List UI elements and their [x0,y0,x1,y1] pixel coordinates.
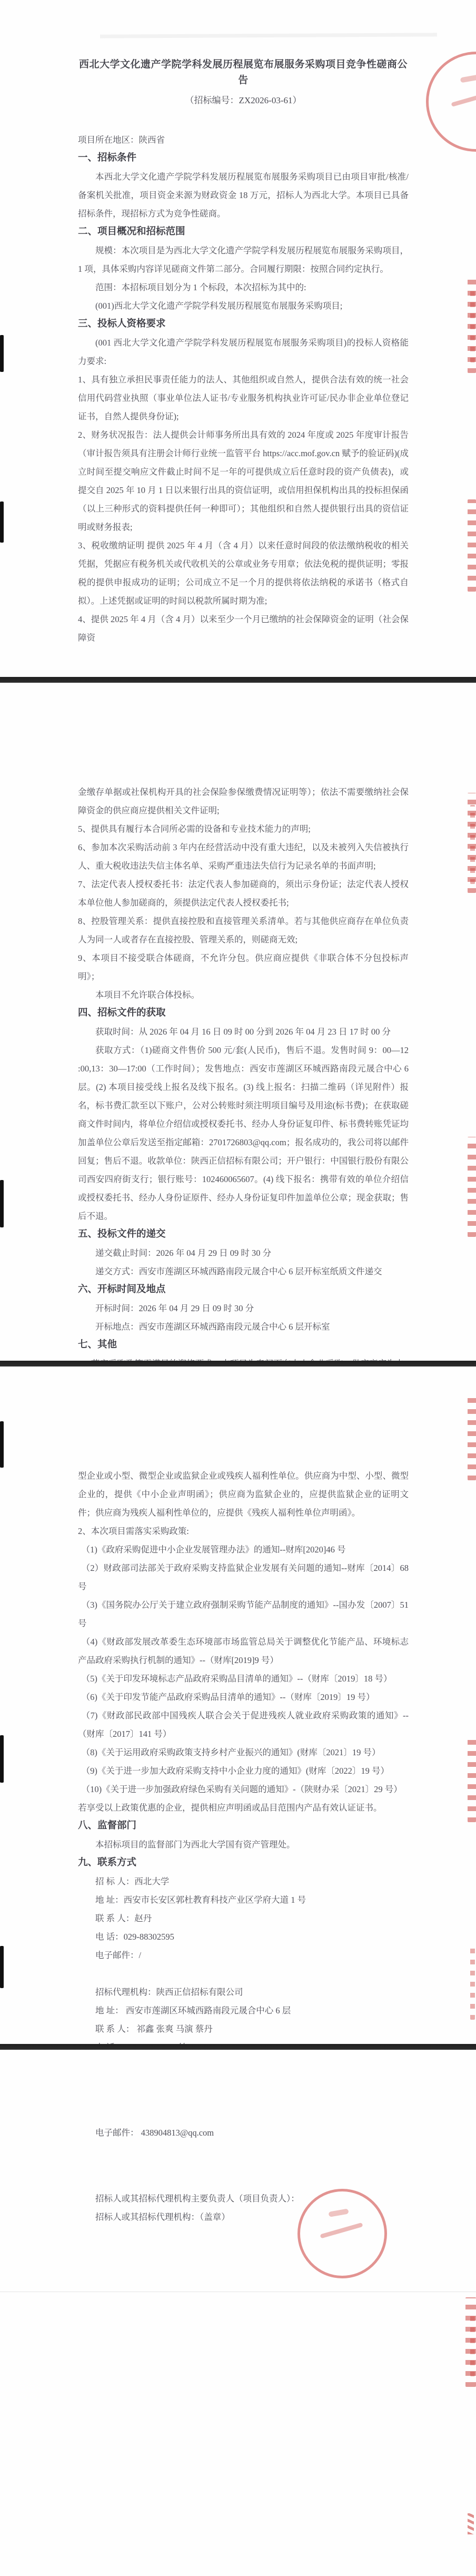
agency-email: 电子邮件： 438904813@qq.com [78,2123,409,2142]
tenderer-address: 地 址：西安市长安区郭杜教育科技产业区学府大道 1 号 [78,1891,409,1909]
lot-001: (001)西北大学文化遗产学院学科发展历程展览布展服务采购项目; [78,297,409,315]
tenderer-contact: 联 系 人：赵丹 [78,1909,409,1928]
tender-conditions: 本西北大学文化遗产学院学科发展历程展览布展服务采购项目已由项目审批/核准/备案机… [78,168,409,223]
other-item-1-cont: 型企业或小型、微型企业或监狱企业或残疾人福利性单位。供应商为中型、小型、微型企业… [78,1467,409,1522]
document-obtain-method: 获取方式：（1)磋商文件售价 500 元/套(人民币)，售后不退。发售时间 9：… [78,1041,409,1225]
page-3: 型企业或小型、微型企业或监狱企业或残疾人福利性单位。供应商为中型、小型、微型企业… [0,1366,476,2044]
red-seal-stamp-top-right [418,44,476,160]
agency-phone: 电 话： 029-88110800 转 8032 [78,2038,409,2044]
agency-contact: 联 系 人： 祁鑫 张爽 马演 蔡丹 [78,2020,409,2038]
policy-item-9: （9)《关于进一步加大政府采购支持中小企业力度的通知》(财库〔2022〕19 号… [78,1762,409,1780]
scan-mark [0,1735,4,1783]
document: 西北大学文化遗产学院学科发展历程展览布展服务采购项目竞争性磋商公告 （招标编号：… [0,0,476,2576]
seal-edge-fragment [470,289,475,362]
section-heading-6: 六、开标时间及地点 [78,1281,409,1299]
seal-edge-fragment [468,1735,476,1822]
tenderer-phone: 电 话：029-88302595 [78,1928,409,1946]
policy-item-3: （3)《国务院办公厅关于建立政府强制采购节能产品制度的通知》--国办发〔2007… [78,1596,409,1633]
qualification-item-8: 8、控股管理关系：提供直接控股和直接管理关系清单。若与其他供应商存在单位负责人为… [78,912,409,949]
seal-edge-fragment [470,2313,475,2376]
policy-intro: 2、本次项目需落实采购政策: [78,1522,409,1540]
qualification-item-2: 2、财务状况报告：法人提供会计师事务所出具有效的 2024 年度或 2025 年… [78,426,409,536]
scan-faint-line [0,2292,476,2292]
policy-item-2: （2）财政部司法部关于政府采购支持监狱企业发展有关问题的通知--财库〔2014〕… [78,1559,409,1596]
qualification-item-6: 6、参加本次采购活动前 3 年内在经营活动中没有重大违纪，以及未被列入失信被执行… [78,838,409,875]
tenderer-name: 招 标 人：西北大学 [78,1872,409,1891]
page-separator [0,1361,476,1366]
qualification-item-9: 9、本项目不接受联合体磋商，不允许分包。供应商应提供《非联合体不分包投标声明》； [78,949,409,986]
qualification-item-5: 5、提供具有履行本合同所必需的设备和专业技术能力的声明; [78,820,409,838]
qualification-item-1: 1、具有独立承担民事责任能力的法人、其他组织或自然人，提供合法有效的统一社会信用… [78,370,409,426]
scan-smudge [100,33,437,38]
section-heading-9: 九、联系方式 [78,1854,409,1872]
project-range: 范围：本招标项目划分为 1 个标段，本次招标为其中的: [78,278,409,297]
policy-note: 若享受以上政策优惠的企业，提供相应声明函或品目范围内产品有效认证证书。 [78,1798,409,1817]
scan-mark [0,1421,4,1468]
section-heading-1: 一、招标条件 [78,149,409,168]
policy-item-10: （10)《关于进一步加强政府绿色采购有关问题的通知》-（陕财办采〔2021〕29… [78,1780,409,1798]
document-obtain-time: 获取时间：从 2026 年 04 月 16 日 09 时 00 分到 2026 … [78,1022,409,1041]
seal-edge-fragment [468,1396,476,1480]
tenderer-email: 电子邮件：/ [78,1946,409,1964]
bid-number: （招标编号：ZX2026-03-61） [78,93,409,109]
submission-deadline: 递交截止时间：2026 年 04 月 29 日 09 时 30 分 [78,1244,409,1262]
project-scale: 规模：本次项目是为西北大学文化遗产学院学科发展历程展览布展服务采购项目，1 项，… [78,241,409,278]
seal-speck [468,2513,474,2534]
bid-opening-place: 开标地点：西安市莲湖区环城西路南段元晟合中心 6 层开标室 [78,1318,409,1336]
scan-mark [0,502,4,543]
page-2: 金缴存单据或社保机构开具的社会保险参保缴费情况证明等）；依法不需要缴纳社会保障资… [0,683,476,1361]
section-heading-8: 八、监督部门 [78,1817,409,1835]
seal-edge-fragment [468,499,476,592]
page-separator [0,2044,476,2050]
policy-item-4: （4)《财政部发展改革委生态环境部市场监管总局关于调整优化节能产品、环境标志产品… [78,1633,409,1669]
blank-line [78,1964,409,1983]
supervision-department: 本招标项目的监督部门为西北大学国有资产管理处。 [78,1835,409,1854]
bid-opening-time: 开标时间：2026 年 04 月 29 日 09 时 30 分 [78,1299,409,1318]
no-consortium-note: 本项目不允许联合体投标。 [78,986,409,1004]
scan-mark [0,1946,4,1988]
section-heading-3: 三、投标人资格要求 [78,315,409,333]
qualification-intro: (001 西北大学文化遗产学院学科发展历程展览布展服务采购项目)的投标人资格能力… [78,333,409,370]
policy-item-7: （7)《财政部民政部中国残疾人联合会关于促进残疾人就业政府采购政策的通知》--（… [78,1706,409,1743]
section-heading-7: 七、其他 [78,1336,409,1354]
other-item-1-start: 1、落实采购政策需满足的资格要求：本项目为专门面向中小企业采购，供应商应为中 [78,1354,409,1361]
policy-item-6: （6)《关于印发节能产品政府采购品目清单的通知》--（财库〔2019〕19 号） [78,1688,409,1706]
page-1: 西北大学文化遗产学院学科发展历程展览布展服务采购项目竞争性磋商公告 （招标编号：… [0,0,476,677]
section-heading-5: 五、投标文件的递交 [78,1225,409,1244]
policy-item-1: （1)《政府采购促进中小企业发展管理办法》的通知--财库[2020]46 号 [78,1540,409,1559]
page-separator [0,677,476,683]
agency-name: 招标代理机构：陕西正信招标有限公司 [78,1983,409,2001]
section-heading-2: 二、项目概况和招标范围 [78,223,409,241]
scan-mark [0,1180,4,1227]
policy-item-8: （8)《关于运用政府采购政策支持乡村产业振兴的通知》(财库〔2021〕19 号） [78,1743,409,1762]
qualification-item-3: 3、税收缴纳证明 提供 2025 年 4 月（含 4 月）以来任意时间段的依法缴… [78,536,409,610]
agency-address: 地 址： 西安市莲湖区环城西路南段元晟合中心 6 层 [78,2001,409,2020]
seal-edge-fragment [470,805,475,884]
seal-edge-fragment [468,1137,476,1237]
document-title: 西北大学文化遗产学院学科发展历程展览布展服务采购项目竞争性磋商公告 [78,57,409,89]
project-region: 项目所在地区：陕西省 [78,131,409,149]
qualification-item-4-cont: 金缴存单据或社保机构开具的社会保险参保缴费情况证明等）；依法不需要缴纳社会保障资… [78,783,409,820]
qualification-item-7: 7、法定代表人授权委托书：法定代表人参加磋商的，须出示身份证；法定代表人授权本单… [78,875,409,912]
scan-mark [0,335,4,372]
seal-edge-fragment [470,1946,475,2020]
section-heading-4: 四、招标文件的获取 [78,1004,409,1022]
qualification-item-4-start: 4、提供 2025 年 4 月（含 4 月）以来至少一个月已缴纳的社会保障资金的… [78,610,409,647]
submission-method: 递交方式：西安市莲湖区环城西路南段元晟合中心 6 层开标室纸质文件递交 [78,1262,409,1281]
page-4: 电子邮件： 438904813@qq.com 招标人或其招标代理机构主要负责人（… [0,2050,476,2576]
policy-item-5: （5)《关于印发环境标志产品政府采购品目清单的通知》--（财库〔2019〕18 … [78,1669,409,1688]
